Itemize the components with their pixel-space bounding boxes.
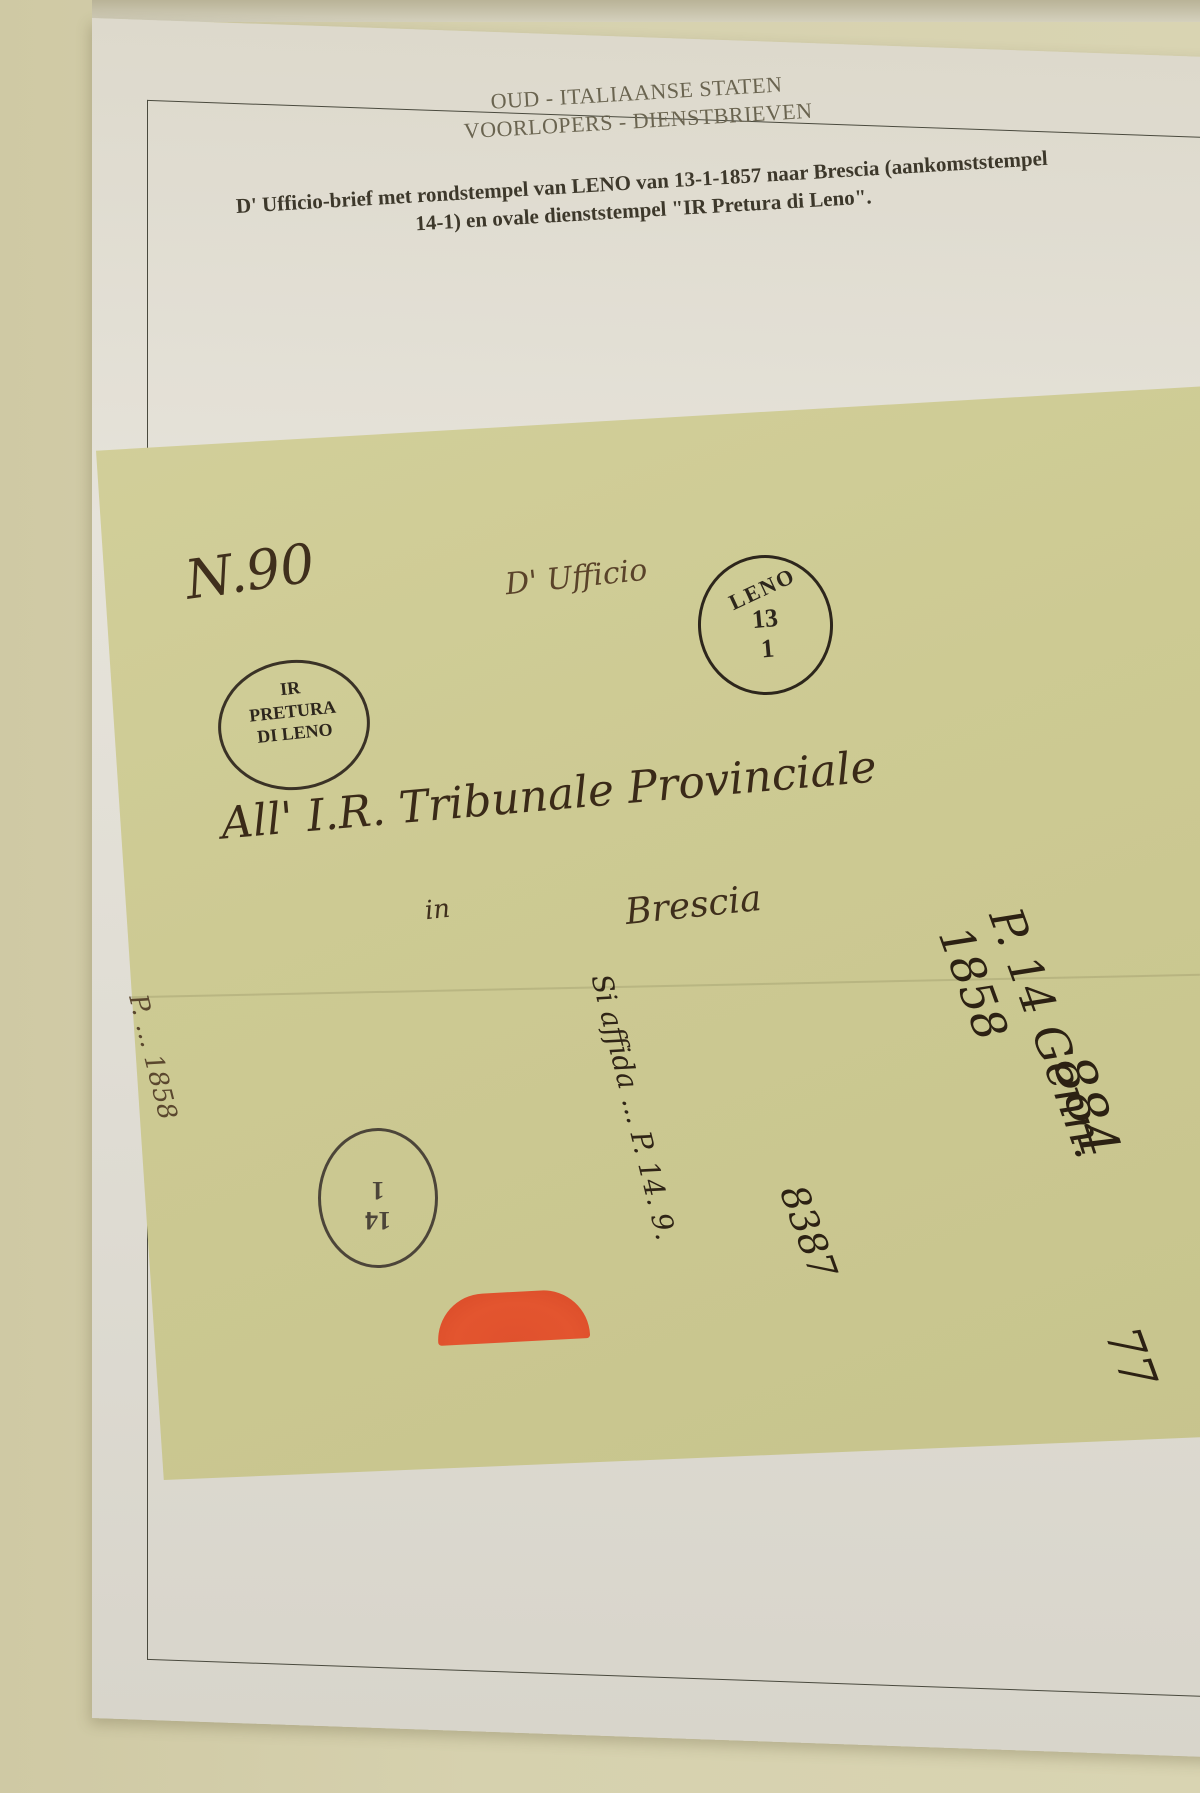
postmark-month: 1 (702, 630, 833, 667)
letter-address-in: in (424, 894, 452, 926)
arrival-day: 14 (321, 1205, 435, 1235)
brescia-arrival-postmark: 14 1 (318, 1128, 438, 1268)
arrival-month: 1 (321, 1175, 435, 1205)
album-sleeve-edge (92, 0, 1200, 22)
